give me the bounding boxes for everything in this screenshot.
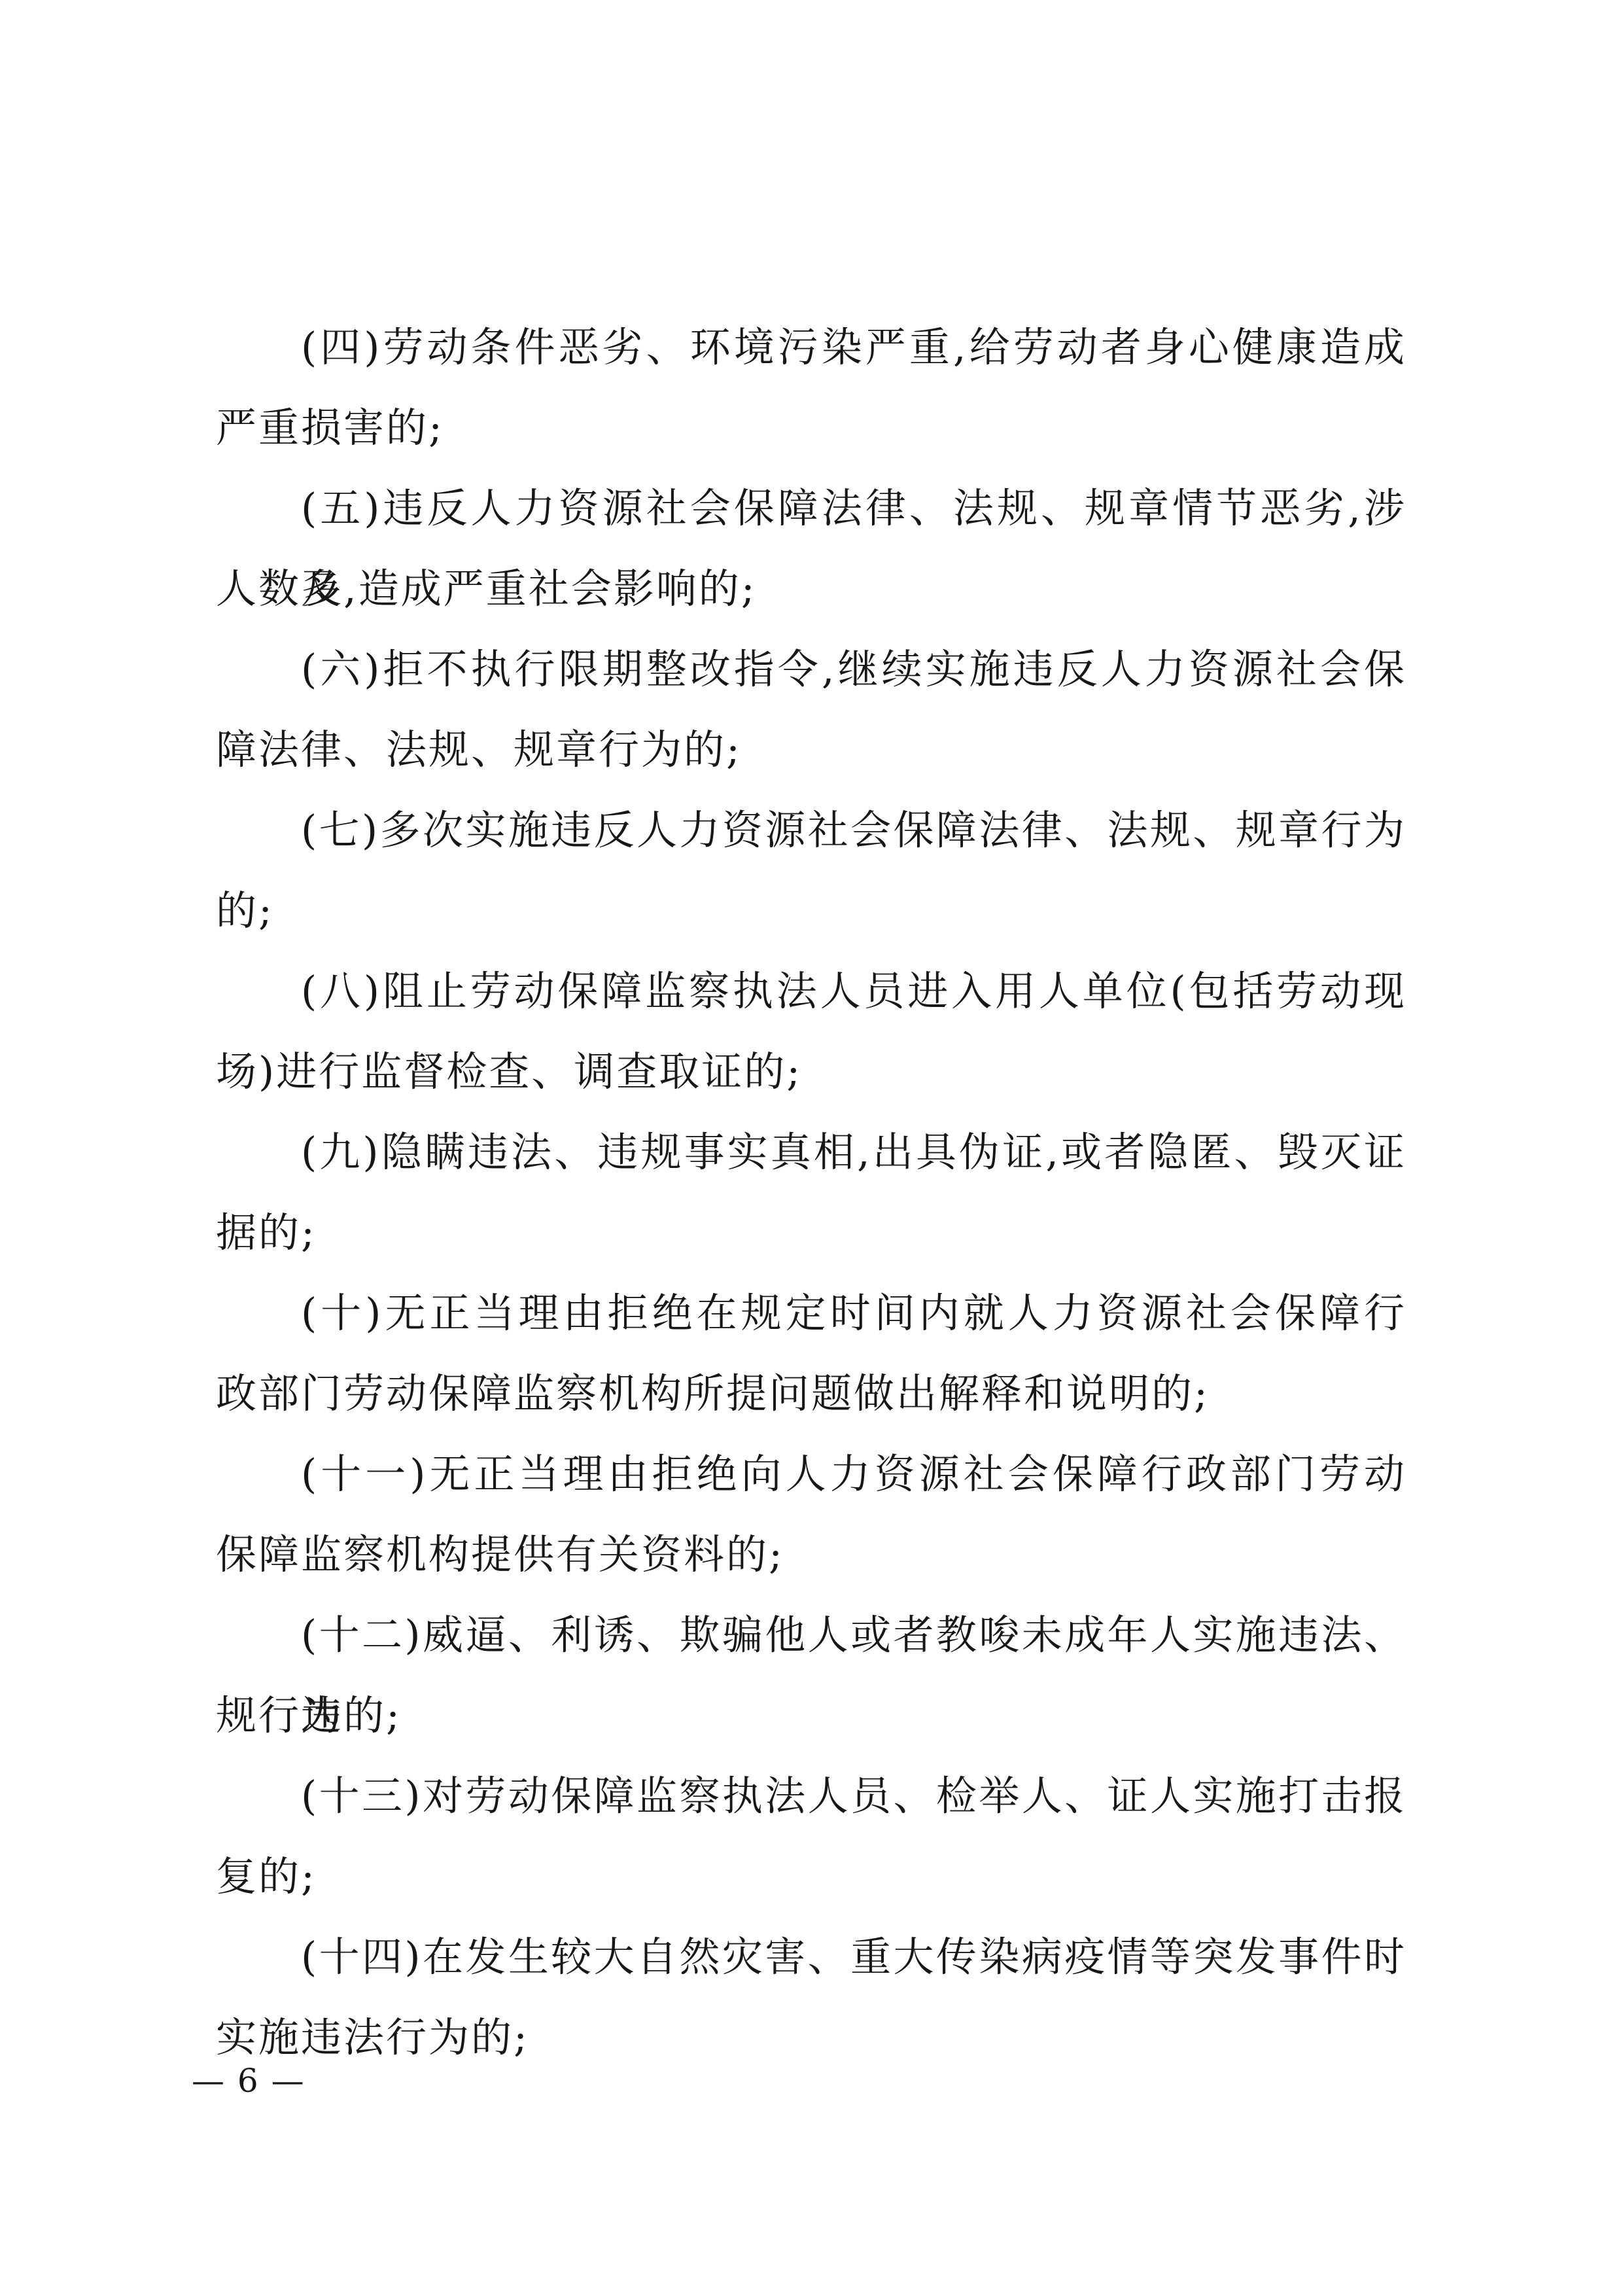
text-line: (八)阻止劳动保障监察执法人员进入用人单位(包括劳动现 — [216, 951, 1406, 1031]
text-line: 实施违法行为的; — [216, 1997, 1406, 2077]
text-line: 复的; — [216, 1836, 1406, 1916]
text-line: 据的; — [216, 1192, 1406, 1273]
text-line: (七)多次实施违反人力资源社会保障法律、法规、规章行为 — [216, 790, 1406, 870]
text-line: (六)拒不执行限期整改指令,继续实施违反人力资源社会保 — [216, 629, 1406, 709]
text-line: 的; — [216, 870, 1406, 951]
text-line: 障法律、法规、规章行为的; — [216, 709, 1406, 790]
text-line: 场)进行监督检查、调查取证的; — [216, 1031, 1406, 1112]
text-line: (十四)在发生较大自然灾害、重大传染病疫情等突发事件时 — [216, 1916, 1406, 1997]
text-line: (九)隐瞒违法、违规事实真相,出具伪证,或者隐匿、毁灭证 — [216, 1112, 1406, 1192]
text-line: (十)无正当理由拒绝在规定时间内就人力资源社会保障行 — [216, 1273, 1406, 1353]
text-line: (五)违反人力资源社会保障法律、法规、规章情节恶劣,涉及 — [216, 468, 1406, 548]
text-line: (四)劳动条件恶劣、环境污染严重,给劳动者身心健康造成 — [216, 307, 1406, 387]
text-line: 严重损害的; — [216, 387, 1406, 468]
text-line: 人数多,造成严重社会影响的; — [216, 548, 1406, 629]
text-line: (十二)威逼、利诱、欺骗他人或者教唆未成年人实施违法、违 — [216, 1595, 1406, 1675]
text-line: 政部门劳动保障监察机构所提问题做出解释和说明的; — [216, 1353, 1406, 1434]
text-line: (十三)对劳动保障监察执法人员、检举人、证人实施打击报 — [216, 1756, 1406, 1836]
text-line: 保障监察机构提供有关资料的; — [216, 1514, 1406, 1595]
body-text-block: (四)劳动条件恶劣、环境污染严重,给劳动者身心健康造成严重损害的;(五)违反人力… — [216, 307, 1406, 2077]
document-page: (四)劳动条件恶劣、环境污染严重,给劳动者身心健康造成严重损害的;(五)违反人力… — [0, 0, 1623, 2296]
page-number: — 6 — — [192, 2061, 305, 2100]
text-line: 规行为的; — [216, 1675, 1406, 1756]
text-line: (十一)无正当理由拒绝向人力资源社会保障行政部门劳动 — [216, 1434, 1406, 1514]
